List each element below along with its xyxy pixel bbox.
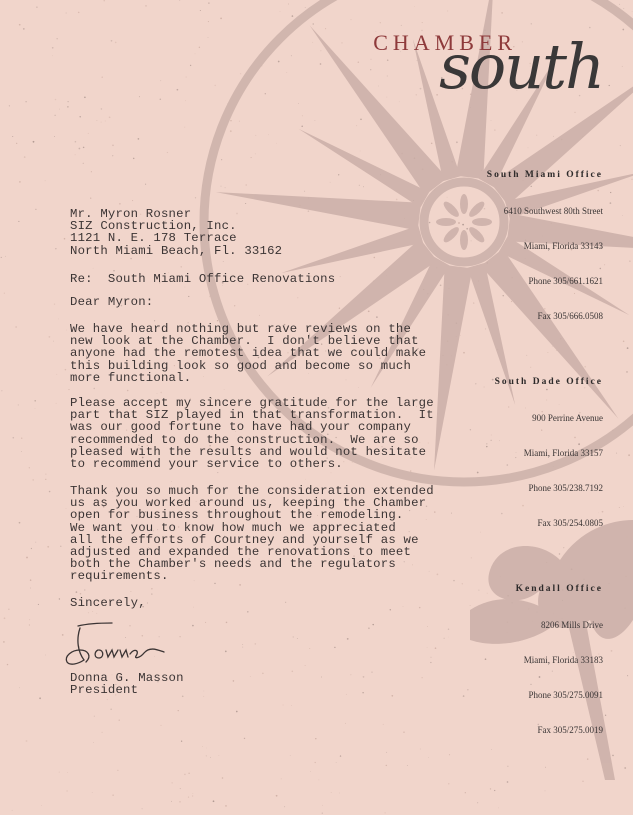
chamber-south-logo: CHAMBER south [343,30,603,110]
recipient-line: 1121 N. E. 178 Terrace [70,232,282,244]
south-miami-office-detail: 6410 Southwest 80th Street [504,206,603,216]
paragraph-line: We want you to know how much we apprecia… [70,522,434,534]
logo-south-text: south [439,36,603,98]
salutation: Dear Myron: [70,296,153,308]
recipient-address: Mr. Myron RosnerSIZ Construction, Inc.11… [70,208,282,257]
south-miami-office-detail: Miami, Florida 33143 [524,241,603,251]
kendall-office-detail: 8206 Mills Drive [541,620,603,630]
paragraph-line: requirements. [70,570,434,582]
south-miami-office-heading: South Miami Office [487,170,603,180]
signer-title: President [70,684,138,696]
south-dade-office-detail: Phone 305/238.7192 [528,483,603,493]
kendall-office-detail: Fax 305/275.0019 [537,725,603,735]
kendall-office-detail: Phone 305/275.0091 [528,690,603,700]
closing: Sincerely, [70,597,146,609]
paragraph-line: to recommend your service to others. [70,458,434,470]
south-miami-office-detail: Phone 305/661.1621 [528,276,603,286]
south-dade-office-heading: South Dade Office [495,377,603,387]
subject-line: Re: South Miami Office Renovations [70,273,335,285]
south-miami-office-detail: Fax 305/666.0508 [537,311,603,321]
paragraph-line: anyone had the remotest idea that we cou… [70,347,426,359]
south-dade-office-detail: Miami, Florida 33157 [524,448,603,458]
paragraph-line: was our good fortune to have had your co… [70,421,434,433]
south-dade-office-detail: 900 Perrine Avenue [532,413,603,423]
kendall-office-heading: Kendall Office [516,584,603,594]
paragraph-3: Thank you so much for the consideration … [70,485,434,583]
recipient-line: North Miami Beach, Fl. 33162 [70,245,282,257]
kendall-office-detail: Miami, Florida 33183 [524,655,603,665]
letter-page: CHAMBER south South Miami Office6410 Sou… [0,0,633,815]
handwritten-signature [64,620,184,670]
paragraph-line: this building look so good and become so… [70,360,426,372]
paragraph-line: open for business throughout the remodel… [70,509,434,521]
paragraph-2: Please accept my sincere gratitude for t… [70,397,434,470]
paragraph-1: We have heard nothing but rave reviews o… [70,323,426,384]
south-dade-office-detail: Fax 305/254.0805 [537,518,603,528]
paragraph-line: more functional. [70,372,426,384]
paragraph-line: recommended to do the construction. We a… [70,434,434,446]
